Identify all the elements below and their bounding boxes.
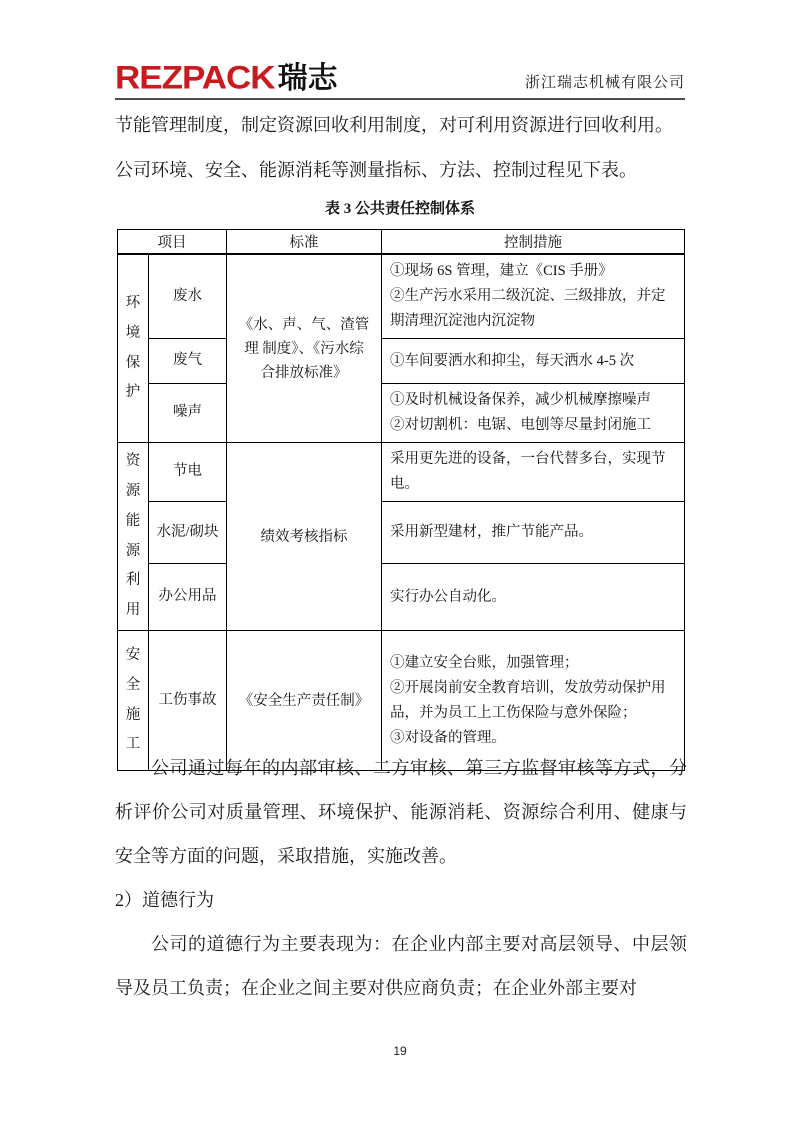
category-cell-environment: 环境保护 — [118, 254, 149, 443]
measures-cell-noise: ①及时机械设备保养，减少机械摩擦噪声 ②对切割机：电锯、电刨等尽量封闭施工 — [382, 384, 685, 443]
table-row: 废气 ①车间要洒水和抑尘，每天洒水 4-5 次 — [118, 339, 685, 384]
table-title: 表 3 公共责任控制体系 — [115, 197, 685, 218]
standard-cell-environment: 《水、声、气、渣管理 制度》、《污水综合排放标准》 — [227, 254, 382, 443]
col-header-measures: 控制措施 — [382, 230, 685, 255]
measures-cell-office-supplies: 实行办公自动化。 — [382, 564, 685, 631]
item-cell-noise: 噪声 — [149, 384, 227, 443]
measures-cell-exhaust: ①车间要洒水和抑尘，每天洒水 4-5 次 — [382, 339, 685, 384]
intro-text: 节能管理制度，制定资源回收利用制度，对可利用资源进行回收利用。 公司环境、安全、… — [115, 103, 687, 193]
table-row: 环境保护 废水 《水、声、气、渣管理 制度》、《污水综合排放标准》 ①现场 6S… — [118, 254, 685, 339]
category-cell-resources: 资源能源利用 — [118, 443, 149, 631]
table-row: 办公用品 实行办公自动化。 — [118, 564, 685, 631]
table-row: 水泥/砌块 采用新型建材，推广节能产品。 — [118, 502, 685, 564]
body-text: 公司通过每年的内部审核、二方审核、第三方监督审核等方式，分析评价公司对质量管理、… — [115, 746, 687, 1010]
public-responsibility-control-table: 项目 标准 控制措施 环境保护 废水 《水、声、气、渣管理 制度》、《污水综合排… — [117, 229, 685, 771]
page-header: REZPACK 瑞志 浙江瑞志机械有限公司 — [115, 52, 685, 100]
header-divider — [115, 98, 685, 100]
page-number: 19 — [0, 1044, 800, 1058]
paragraph-audit: 公司通过每年的内部审核、二方审核、第三方监督审核等方式，分析评价公司对质量管理、… — [115, 746, 687, 878]
measures-cell-wastewater: ①现场 6S 管理，建立《CIS 手册》 ②生产污水采用二级沉淀、三级排放，并定… — [382, 254, 685, 339]
header-row: REZPACK 瑞志 浙江瑞志机械有限公司 — [115, 52, 685, 94]
table-header-row: 项目 标准 控制措施 — [118, 230, 685, 255]
rezpack-logo: REZPACK 瑞志 — [115, 59, 338, 94]
logo-wordmark: REZPACK — [115, 62, 275, 94]
table-row: 资源能源利用 节电 绩效考核指标 采用更先进的设备，一台代替多台，实现节电。 — [118, 443, 685, 502]
item-cell-exhaust: 废气 — [149, 339, 227, 384]
col-header-standard: 标准 — [227, 230, 382, 255]
item-cell-wastewater: 废水 — [149, 254, 227, 339]
logo-chinese-text: 瑞志 — [278, 64, 338, 94]
standard-cell-resources: 绩效考核指标 — [227, 443, 382, 631]
measures-cell-cement: 采用新型建材，推广节能产品。 — [382, 502, 685, 564]
intro-line-1: 节能管理制度，制定资源回收利用制度，对可利用资源进行回收利用。 — [115, 103, 687, 148]
item-cell-office-supplies: 办公用品 — [149, 564, 227, 631]
intro-line-2: 公司环境、安全、能源消耗等测量指标、方法、控制过程见下表。 — [115, 148, 687, 193]
measures-cell-electricity: 采用更先进的设备，一台代替多台，实现节电。 — [382, 443, 685, 502]
heading-ethics: 2）道德行为 — [115, 878, 687, 922]
item-cell-cement: 水泥/砌块 — [149, 502, 227, 564]
paragraph-ethics: 公司的道德行为主要表现为：在企业内部主要对高层领导、中层领导及员工负责；在企业之… — [115, 922, 687, 1010]
table-row: 噪声 ①及时机械设备保养，减少机械摩擦噪声 ②对切割机：电锯、电刨等尽量封闭施工 — [118, 384, 685, 443]
company-name: 浙江瑞志机械有限公司 — [525, 71, 685, 94]
item-cell-electricity: 节电 — [149, 443, 227, 502]
document-page: REZPACK 瑞志 浙江瑞志机械有限公司 节能管理制度，制定资源回收利用制度，… — [0, 0, 800, 1131]
col-header-project: 项目 — [118, 230, 227, 255]
